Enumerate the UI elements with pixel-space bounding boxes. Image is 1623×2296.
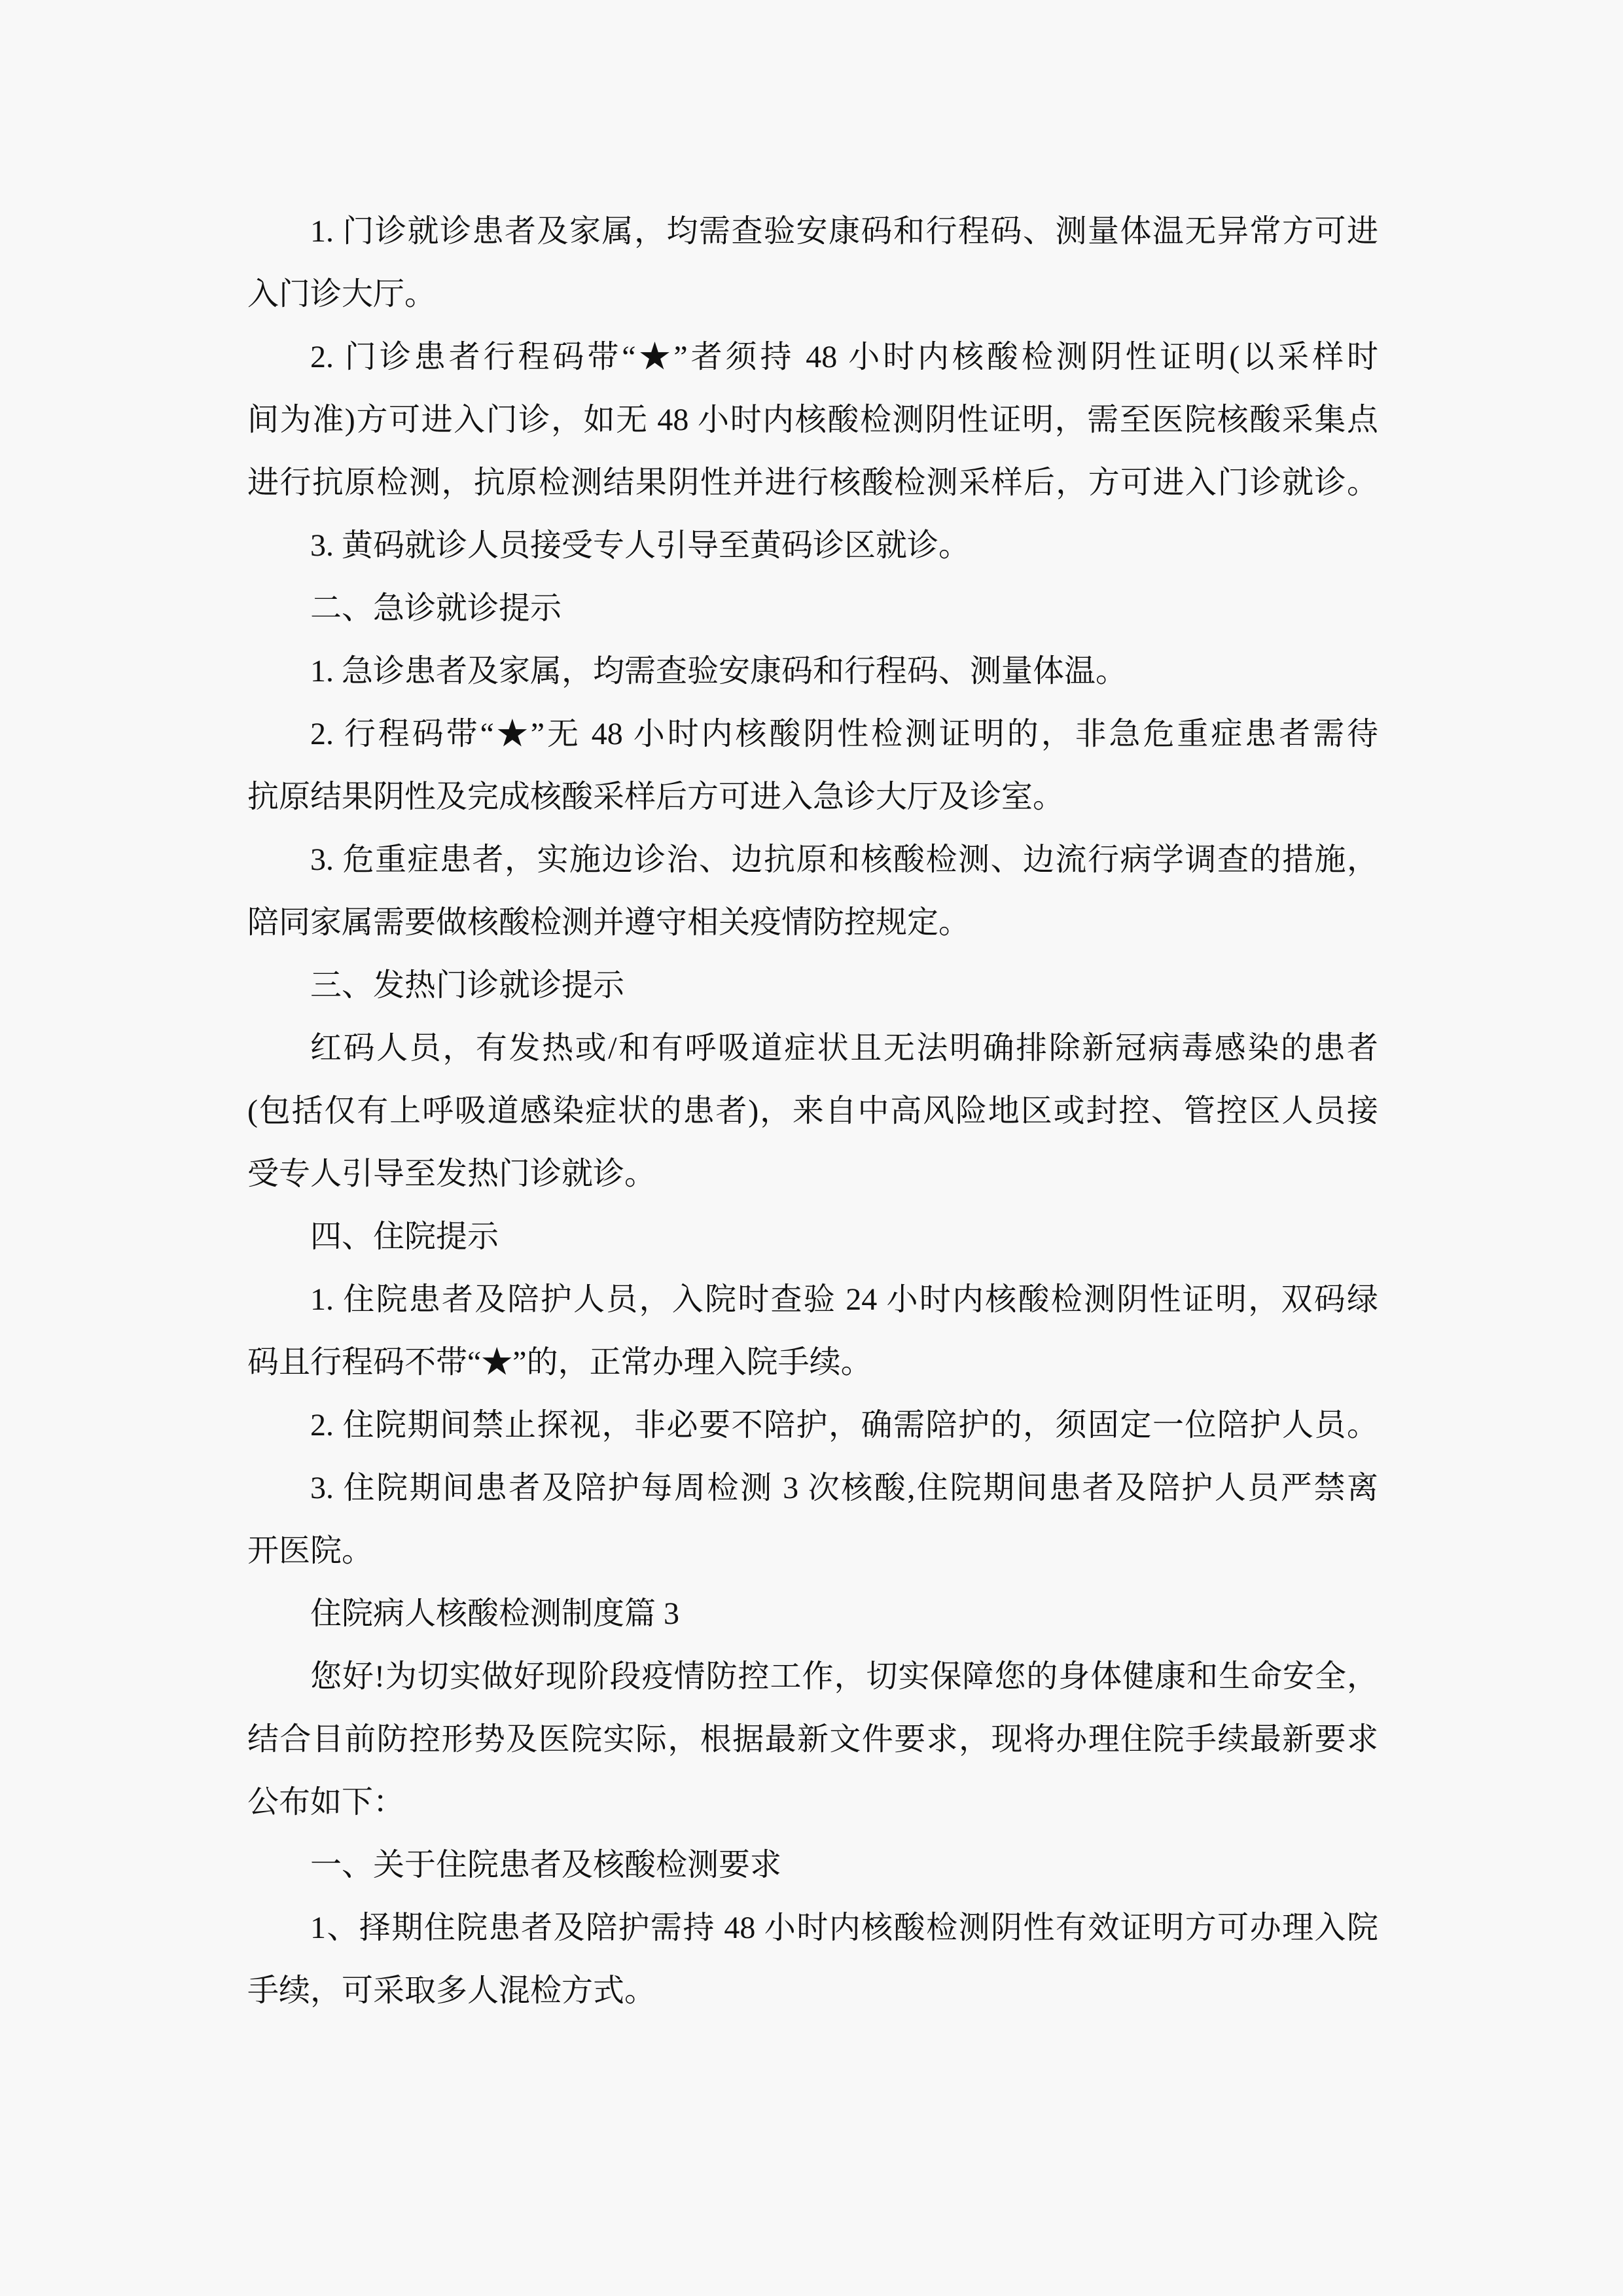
text-line: 一、关于住院患者及核酸检测要求 (247, 1834, 1378, 1897)
document-text: 1. 门诊就诊患者及家属，均需查验安康码和行程码、测量体温无异常方可进入门诊大厅… (247, 200, 1378, 2022)
text-line: 1. 门诊就诊患者及家属，均需查验安康码和行程码、测量体温无异常方可进 (247, 200, 1378, 263)
text-line: (包括仅有上呼吸道感染症状的患者)，来自中高风险地区或封控、管控区人员接 (247, 1080, 1378, 1143)
text-line: 住院病人核酸检测制度篇 3 (247, 1583, 1378, 1645)
text-line: 间为准)方可进入门诊，如无 48 小时内核酸检测阴性证明，需至医院核酸采集点 (247, 389, 1378, 452)
text-line: 四、住院提示 (247, 1206, 1378, 1268)
text-line: 1. 住院患者及陪护人员，入院时查验 24 小时内核酸检测阴性证明，双码绿 (247, 1268, 1378, 1331)
text-line: 1、择期住院患者及陪护需持 48 小时内核酸检测阴性有效证明方可办理入院 (247, 1897, 1378, 1960)
text-line: 1. 急诊患者及家属，均需查验安康码和行程码、测量体温。 (247, 640, 1378, 703)
text-line: 2. 门诊患者行程码带“★”者须持 48 小时内核酸检测阴性证明(以采样时 (247, 326, 1378, 389)
text-line: 3. 黄码就诊人员接受专人引导至黄码诊区就诊。 (247, 514, 1378, 577)
text-line: 红码人员，有发热或/和有呼吸道症状且无法明确排除新冠病毒感染的患者 (247, 1017, 1378, 1080)
text-line: 入门诊大厅。 (247, 263, 1378, 326)
text-line: 受专人引导至发热门诊就诊。 (247, 1143, 1378, 1206)
text-line: 码且行程码不带“★”的，正常办理入院手续。 (247, 1331, 1378, 1394)
document-canvas: { "page": { "background_color": "#f8f8f8… (0, 0, 1623, 2296)
text-line: 三、发热门诊就诊提示 (247, 954, 1378, 1017)
text-line: 2. 住院期间禁止探视，非必要不陪护，确需陪护的，须固定一位陪护人员。 (247, 1394, 1378, 1457)
text-line: 手续，可采取多人混检方式。 (247, 1960, 1378, 2022)
text-line: 公布如下： (247, 1771, 1378, 1834)
document-page: 1. 门诊就诊患者及家属，均需查验安康码和行程码、测量体温无异常方可进入门诊大厅… (0, 0, 1623, 2296)
text-line: 3. 危重症患者，实施边诊治、边抗原和核酸检测、边流行病学调查的措施， (247, 829, 1378, 891)
text-line: 进行抗原检测，抗原检测结果阴性并进行核酸检测采样后，方可进入门诊就诊。 (247, 452, 1378, 514)
text-line: 结合目前防控形势及医院实际，根据最新文件要求，现将办理住院手续最新要求 (247, 1708, 1378, 1771)
text-line: 您好!为切实做好现阶段疫情防控工作，切实保障您的身体健康和生命安全， (247, 1645, 1378, 1708)
text-line: 抗原结果阴性及完成核酸采样后方可进入急诊大厅及诊室。 (247, 766, 1378, 829)
text-line: 2. 行程码带“★”无 48 小时内核酸阴性检测证明的，非急危重症患者需待 (247, 703, 1378, 766)
text-line: 开医院。 (247, 1520, 1378, 1583)
text-line: 3. 住院期间患者及陪护每周检测 3 次核酸,住院期间患者及陪护人员严禁离 (247, 1457, 1378, 1520)
text-line: 陪同家属需要做核酸检测并遵守相关疫情防控规定。 (247, 891, 1378, 954)
text-line: 二、急诊就诊提示 (247, 577, 1378, 640)
